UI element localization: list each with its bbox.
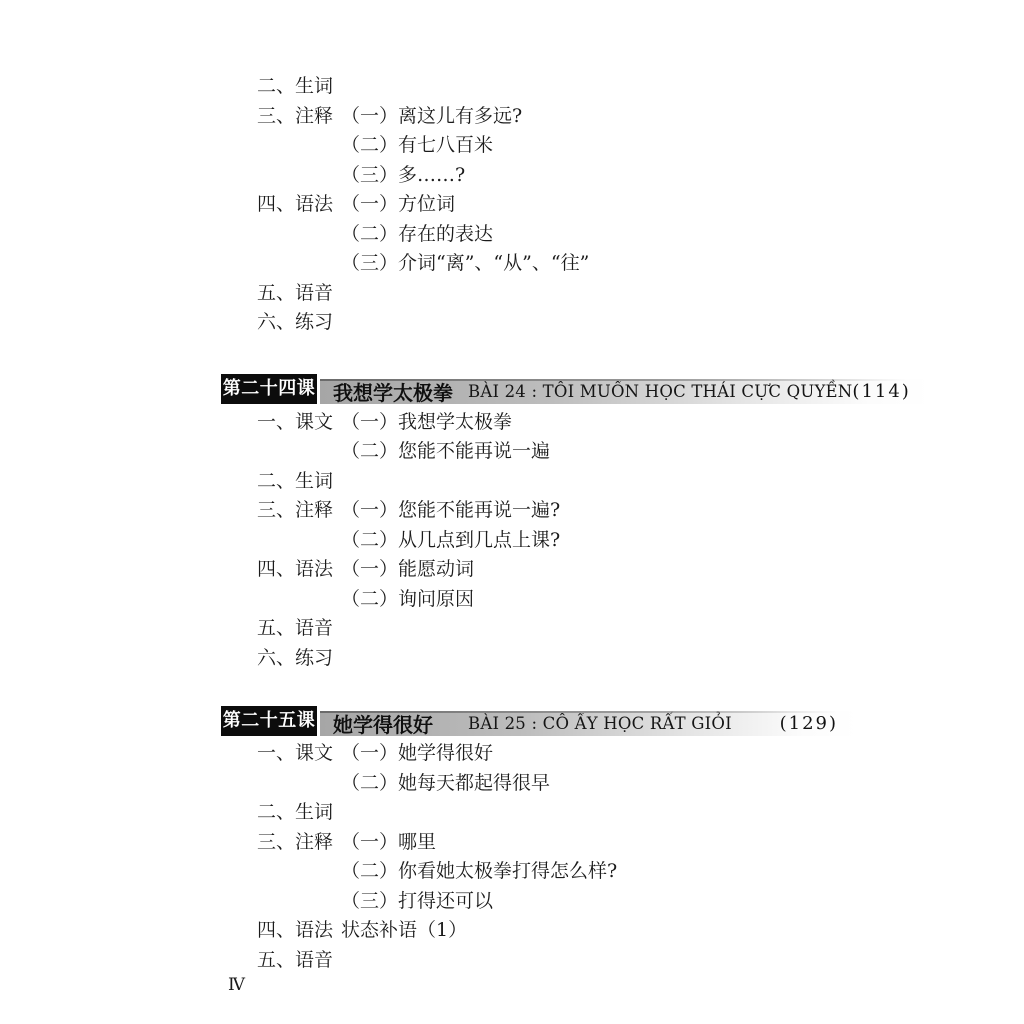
toc-item-entry: （一）哪里 bbox=[341, 828, 1024, 858]
toc-item-entry: （一）离这儿有多远? bbox=[341, 102, 1024, 132]
toc-row: 二、生词 bbox=[0, 798, 1024, 828]
toc-item-label bbox=[257, 220, 341, 250]
page-number: Ⅳ bbox=[0, 975, 1024, 995]
toc-row: 四、语法（一）方位词 bbox=[0, 190, 1024, 220]
toc-item-entry: （一）她学得很好 bbox=[341, 739, 1024, 769]
toc-item-entry: （一）我想学太极拳 bbox=[341, 408, 1024, 438]
toc-item-label bbox=[257, 887, 341, 917]
toc-item-label: 四、语法 bbox=[257, 555, 341, 585]
toc-item-entry: （二）存在的表达 bbox=[341, 220, 1024, 250]
toc-item-label: 一、课文 bbox=[257, 408, 341, 438]
lesson-24-title-chinese: 我想学太极拳 bbox=[320, 377, 468, 406]
toc-item-label bbox=[257, 161, 341, 191]
toc-row: 二、生词 bbox=[0, 72, 1024, 102]
toc-item-entry bbox=[341, 946, 1024, 976]
lesson-24-header: 第二十四课 我想学太极拳 BÀI 24 : TÔI MUỐN HỌC THÁI … bbox=[221, 374, 858, 404]
toc-row: 一、课文（一）她学得很好 bbox=[0, 739, 1024, 769]
lesson-25-title-vietnamese: BÀI 25 : CÔ ẤY HỌC RẤT GIỎI bbox=[468, 714, 732, 733]
toc-item-label: 五、语音 bbox=[257, 614, 341, 644]
toc-row: 五、语音 bbox=[0, 279, 1024, 309]
toc-item-entry: （二）她每天都起得很早 bbox=[341, 769, 1024, 799]
toc-item-label: 三、注释 bbox=[257, 102, 341, 132]
continuation-block: 二、生词 三、注释（一）离这儿有多远? （二）有七八百米 （三）多……? 四、语… bbox=[0, 72, 1024, 338]
lesson-25-block: 一、课文（一）她学得很好 （二）她每天都起得很早 二、生词 三、注释（一）哪里 … bbox=[0, 739, 1024, 975]
toc-row: （二）询问原因 bbox=[0, 585, 1024, 615]
toc-item-label bbox=[257, 857, 341, 887]
toc-item-entry: （一）能愿动词 bbox=[341, 555, 1024, 585]
lesson-24-number-box: 第二十四课 bbox=[221, 374, 317, 404]
toc-row: 六、练习 bbox=[0, 308, 1024, 338]
lesson-25-title-bar: 她学得很好 BÀI 25 : CÔ ẤY HỌC RẤT GIỎI (129) bbox=[320, 711, 858, 736]
toc-item-entry bbox=[341, 308, 1024, 338]
toc-item-label: 三、注释 bbox=[257, 496, 341, 526]
toc-item-entry bbox=[341, 467, 1024, 497]
toc-item-entry: （三）介词“离”、“从”、“往” bbox=[341, 249, 1024, 279]
toc-row: 三、注释（一）离这儿有多远? bbox=[0, 102, 1024, 132]
toc-row: 五、语音 bbox=[0, 946, 1024, 976]
lesson-25-page-ref: (129) bbox=[780, 713, 858, 734]
toc-item-label: 二、生词 bbox=[257, 72, 341, 102]
toc-item-label: 二、生词 bbox=[257, 467, 341, 497]
toc-item-label bbox=[257, 585, 341, 615]
toc-row: 二、生词 bbox=[0, 467, 1024, 497]
toc-item-entry bbox=[341, 644, 1024, 674]
lesson-24-title-bar: 我想学太极拳 BÀI 24 : TÔI MUỐN HỌC THÁI CỰC QU… bbox=[320, 379, 931, 404]
toc-row: 六、练习 bbox=[0, 644, 1024, 674]
toc-item-entry bbox=[341, 72, 1024, 102]
toc-item-label bbox=[257, 249, 341, 279]
toc-row: （三）介词“离”、“从”、“往” bbox=[0, 249, 1024, 279]
lesson-25-number-box: 第二十五课 bbox=[221, 706, 317, 736]
toc-item-label bbox=[257, 437, 341, 467]
toc-item-entry: 状态补语（1） bbox=[341, 916, 1024, 946]
toc-item-entry: （二）询问原因 bbox=[341, 585, 1024, 615]
toc-item-entry: （一）方位词 bbox=[341, 190, 1024, 220]
toc-item-label bbox=[257, 526, 341, 556]
toc-page: 二、生词 三、注释（一）离这儿有多远? （二）有七八百米 （三）多……? 四、语… bbox=[0, 0, 1024, 1024]
toc-row: （三）打得还可以 bbox=[0, 887, 1024, 917]
toc-row: （二）您能不能再说一遍 bbox=[0, 437, 1024, 467]
toc-item-entry: （二）从几点到几点上课? bbox=[341, 526, 1024, 556]
toc-item-label: 一、课文 bbox=[257, 739, 341, 769]
toc-row: 一、课文（一）我想学太极拳 bbox=[0, 408, 1024, 438]
toc-row: （三）多……? bbox=[0, 161, 1024, 191]
toc-item-entry bbox=[341, 279, 1024, 309]
lesson-25-title-chinese: 她学得很好 bbox=[320, 709, 468, 738]
toc-row: 四、语法（一）能愿动词 bbox=[0, 555, 1024, 585]
toc-item-label: 二、生词 bbox=[257, 798, 341, 828]
toc-row: 五、语音 bbox=[0, 614, 1024, 644]
toc-item-label: 四、语法 bbox=[257, 190, 341, 220]
toc-item-entry: （二）你看她太极拳打得怎么样? bbox=[341, 857, 1024, 887]
toc-item-label: 六、练习 bbox=[257, 308, 341, 338]
toc-row: （二）从几点到几点上课? bbox=[0, 526, 1024, 556]
lesson-25-header: 第二十五课 她学得很好 BÀI 25 : CÔ ẤY HỌC RẤT GIỎI … bbox=[221, 706, 858, 736]
lesson-24-page-ref: (114) bbox=[852, 381, 930, 402]
toc-item-label: 三、注释 bbox=[257, 828, 341, 858]
lesson-24-title-vietnamese: BÀI 24 : TÔI MUỐN HỌC THÁI CỰC QUYỀN bbox=[468, 382, 852, 401]
toc-item-label: 四、语法 bbox=[257, 916, 341, 946]
toc-item-entry: （三）多……? bbox=[341, 161, 1024, 191]
toc-item-entry: （一）您能不能再说一遍? bbox=[341, 496, 1024, 526]
toc-row: （二）有七八百米 bbox=[0, 131, 1024, 161]
toc-row: 三、注释（一）您能不能再说一遍? bbox=[0, 496, 1024, 526]
toc-item-label: 五、语音 bbox=[257, 279, 341, 309]
toc-row: （二）存在的表达 bbox=[0, 220, 1024, 250]
toc-row: 三、注释（一）哪里 bbox=[0, 828, 1024, 858]
toc-item-entry: （二）有七八百米 bbox=[341, 131, 1024, 161]
toc-item-entry: （二）您能不能再说一遍 bbox=[341, 437, 1024, 467]
toc-item-label: 六、练习 bbox=[257, 644, 341, 674]
toc-item-entry: （三）打得还可以 bbox=[341, 887, 1024, 917]
toc-item-entry bbox=[341, 798, 1024, 828]
toc-item-label: 五、语音 bbox=[257, 946, 341, 976]
toc-row: 四、语法状态补语（1） bbox=[0, 916, 1024, 946]
toc-item-label bbox=[257, 131, 341, 161]
toc-row: （二）你看她太极拳打得怎么样? bbox=[0, 857, 1024, 887]
lesson-24-block: 一、课文（一）我想学太极拳 （二）您能不能再说一遍 二、生词 三、注释（一）您能… bbox=[0, 408, 1024, 674]
toc-item-entry bbox=[341, 614, 1024, 644]
toc-row: （二）她每天都起得很早 bbox=[0, 769, 1024, 799]
toc-item-label bbox=[257, 769, 341, 799]
